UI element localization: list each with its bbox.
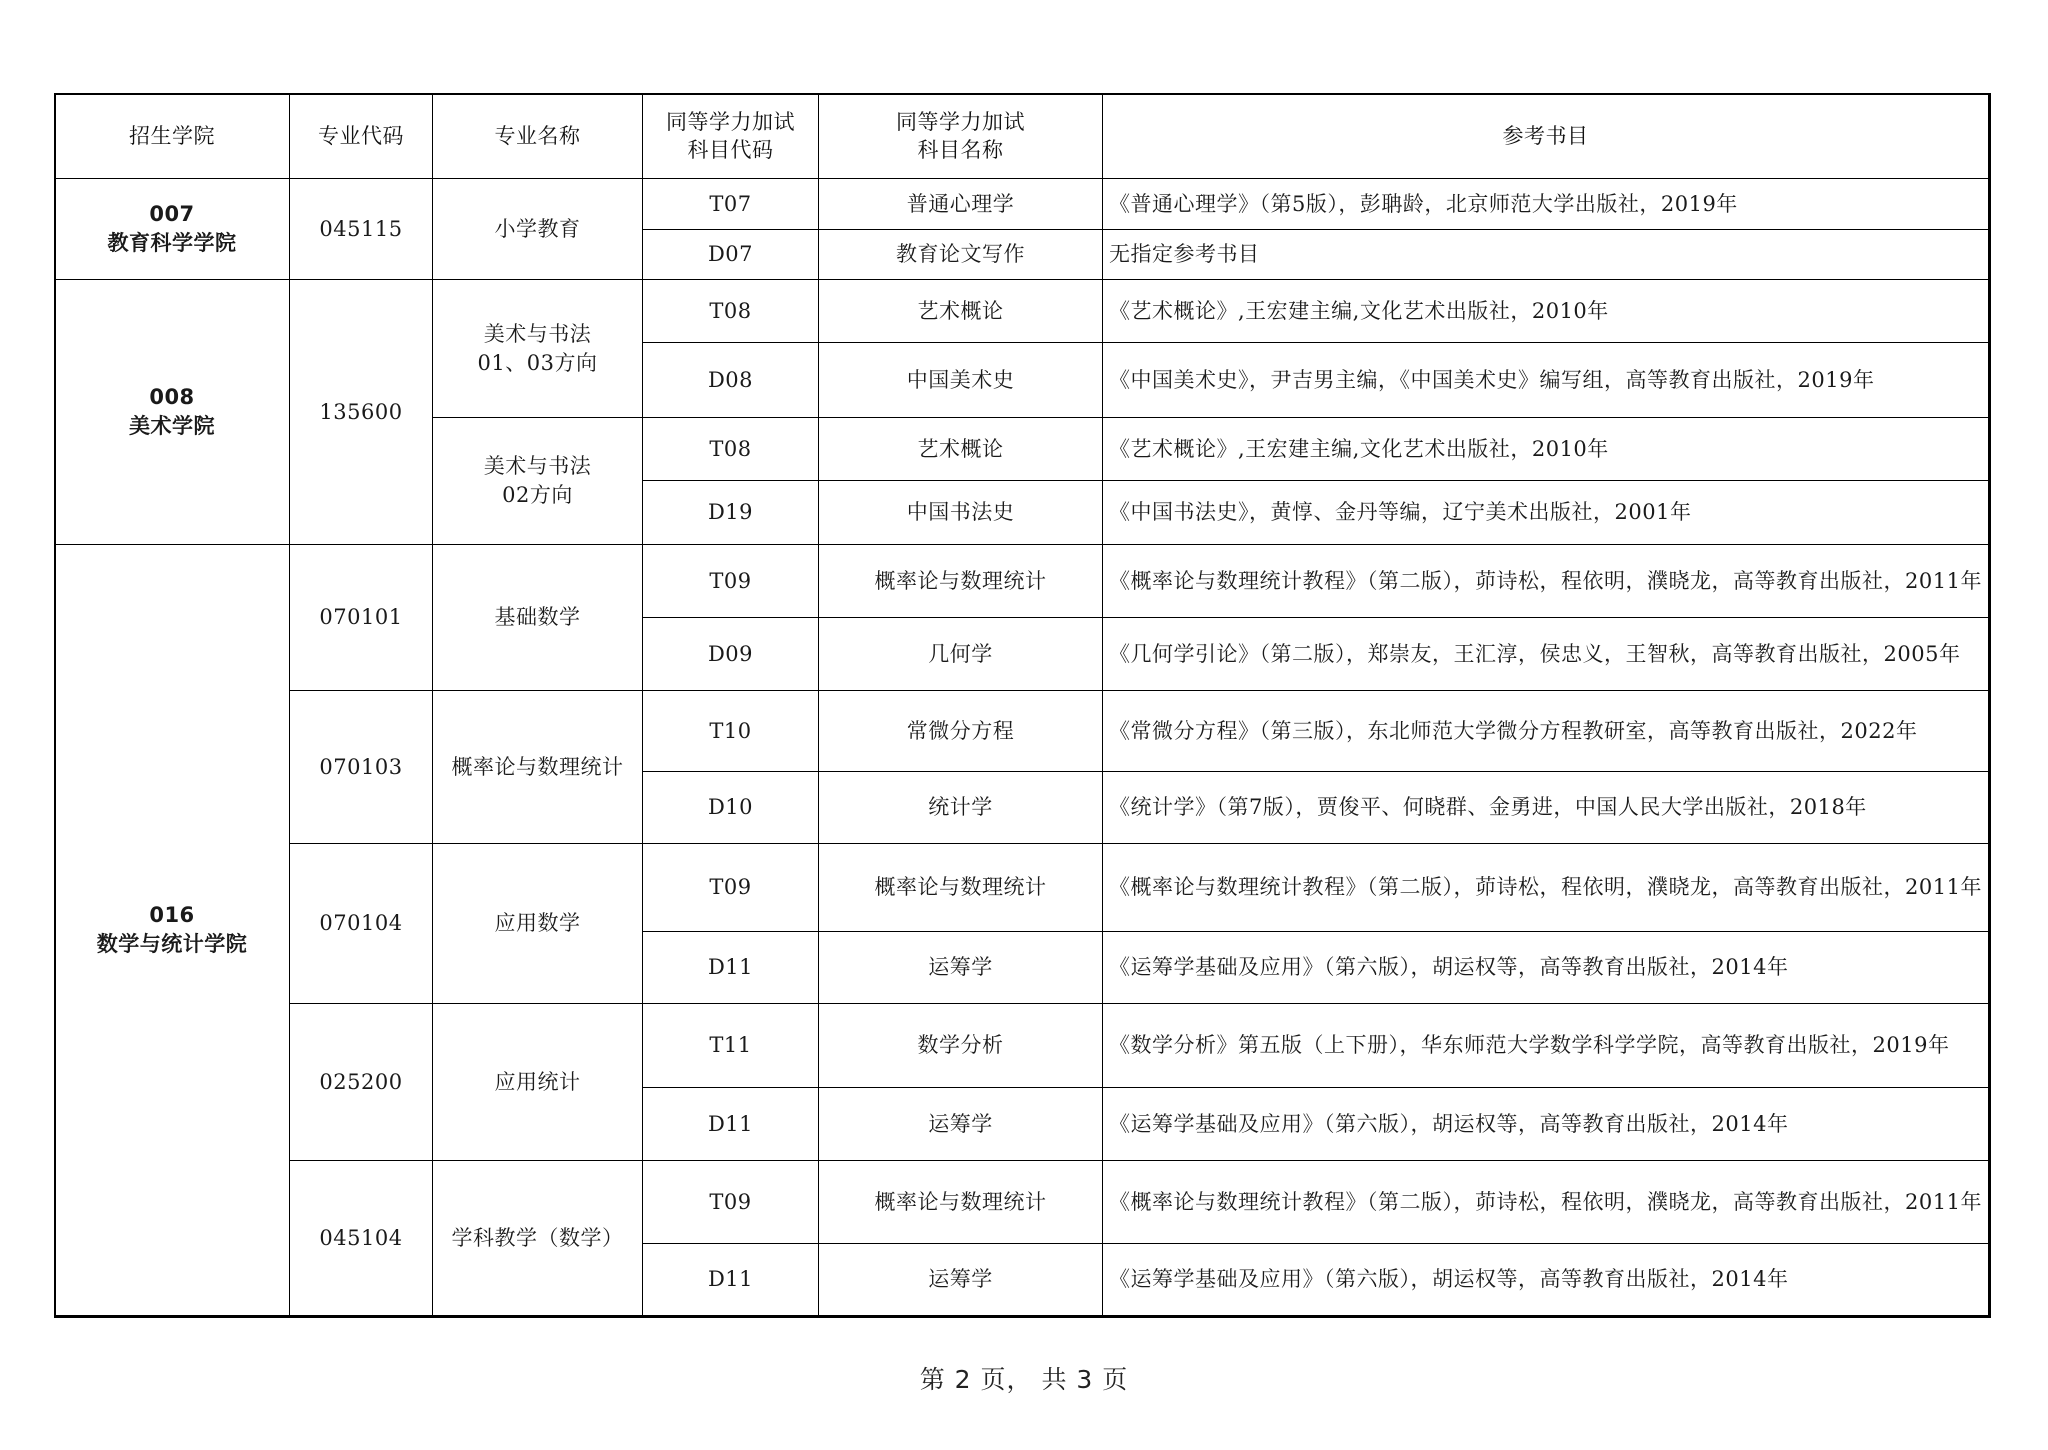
major-code-cell: 070103 — [289, 690, 433, 844]
major-name-cell: 概率论与数理统计 — [432, 690, 643, 844]
subject-code-cell: D07 — [642, 229, 819, 280]
major-code-cell: 045104 — [289, 1160, 433, 1316]
subject-code-cell-text: D09 — [708, 640, 753, 669]
major-code-cell-text: 135600 — [319, 398, 402, 427]
major-name-cell-text: 概率论与数理统计 — [452, 753, 624, 782]
subject-code-cell-text: D07 — [708, 240, 753, 269]
college-code: 008 — [129, 383, 215, 412]
header-subject-code-text: 同等学力加试 科目代码 — [666, 108, 795, 164]
subject-name-cell-text: 常微分方程 — [907, 717, 1015, 746]
major-code-cell-text: 045115 — [319, 215, 402, 244]
major-code-cell-text: 045104 — [319, 1224, 402, 1253]
subject-code-cell: T08 — [642, 417, 819, 481]
subject-name-cell-text: 概率论与数理统计 — [875, 1188, 1047, 1217]
major-code-cell: 025200 — [289, 1003, 433, 1161]
subject-code-cell: D19 — [642, 480, 819, 545]
subject-code-cell-text: D11 — [708, 1110, 753, 1139]
reference-cell-text: 无指定参考书目 — [1109, 240, 1260, 269]
reference-cell: 《中国书法史》，黄惇、金丹等编，辽宁美术出版社，2001年 — [1102, 480, 1989, 545]
major-name-cell: 应用数学 — [432, 843, 643, 1004]
subject-name-cell-text: 数学分析 — [918, 1031, 1004, 1060]
reference-cell: 《运筹学基础及应用》（第六版），胡运权等，高等教育出版社，2014年 — [1102, 1243, 1989, 1316]
subject-code-cell: D11 — [642, 1087, 819, 1161]
college-cell: 007教育科学学院 — [54, 178, 290, 280]
subject-code-cell: T10 — [642, 690, 819, 772]
subject-name-cell: 中国美术史 — [818, 342, 1103, 418]
subject-code-cell: T09 — [642, 843, 819, 932]
subject-name-cell-text: 中国美术史 — [907, 366, 1015, 395]
document-page: 招生学院专业代码专业名称同等学力加试 科目代码同等学力加试 科目名称参考书目00… — [0, 0, 2048, 1450]
reference-cell: 《中国美术史》，尹吉男主编，《中国美术史》编写组，高等教育出版社，2019年 — [1102, 342, 1989, 418]
subject-name-cell: 运筹学 — [818, 931, 1103, 1004]
subject-name-cell-text: 概率论与数理统计 — [875, 873, 1047, 902]
college-cell: 008美术学院 — [54, 279, 290, 545]
header-major-code-text: 专业代码 — [318, 122, 404, 150]
subject-code-cell-text: T08 — [709, 435, 751, 464]
college-name: 美术学院 — [129, 412, 215, 441]
subject-code-cell: D10 — [642, 771, 819, 844]
subject-code-cell: D08 — [642, 342, 819, 418]
major-code-cell: 070104 — [289, 843, 433, 1004]
reference-cell-text: 《概率论与数理统计教程》（第二版），茆诗松，程依明，濮晓龙，高等教育出版社，20… — [1109, 567, 1982, 596]
major-name-cell: 基础数学 — [432, 544, 643, 691]
reference-cell-text: 《数学分析》第五版（上下册），华东师范大学数学科学学院，高等教育出版社，2019… — [1109, 1031, 1949, 1060]
subject-code-cell-text: T08 — [709, 297, 751, 326]
reference-cell: 《艺术概论》,王宏建主编,文化艺术出版社，2010年 — [1102, 417, 1989, 481]
reference-cell: 《概率论与数理统计教程》（第二版），茆诗松，程依明，濮晓龙，高等教育出版社，20… — [1102, 1160, 1989, 1244]
reference-cell: 《运筹学基础及应用》（第六版），胡运权等，高等教育出版社，2014年 — [1102, 931, 1989, 1004]
subject-name-cell-text: 艺术概论 — [918, 435, 1004, 464]
subject-code-cell-text: D10 — [708, 793, 753, 822]
subject-code-cell: T08 — [642, 279, 819, 343]
subject-code-cell-text: D08 — [708, 366, 753, 395]
subject-name-cell-text: 统计学 — [928, 793, 993, 822]
college-cell-text: 016数学与统计学院 — [97, 901, 248, 959]
subject-code-cell-text: T07 — [709, 190, 751, 219]
subject-code-cell-text: T10 — [709, 717, 751, 746]
subject-code-cell-text: D19 — [708, 498, 753, 527]
header-major-name-text: 专业名称 — [495, 122, 581, 150]
subject-code-cell-text: T09 — [709, 567, 751, 596]
reference-cell-text: 《概率论与数理统计教程》（第二版），茆诗松，程依明，濮晓龙，高等教育出版社，20… — [1109, 1188, 1982, 1217]
college-cell: 016数学与统计学院 — [54, 544, 290, 1316]
subject-name-cell: 数学分析 — [818, 1003, 1103, 1088]
major-code-cell-text: 070103 — [319, 753, 402, 782]
reference-cell-text: 《普通心理学》（第5版），彭聃龄，北京师范大学出版社，2019年 — [1109, 190, 1738, 219]
subject-code-cell: T07 — [642, 178, 819, 230]
major-code-cell-text: 070101 — [319, 603, 402, 632]
subject-name-cell: 概率论与数理统计 — [818, 544, 1103, 618]
header-college: 招生学院 — [54, 93, 290, 179]
major-code-cell: 070101 — [289, 544, 433, 691]
subject-code-cell: D09 — [642, 617, 819, 691]
subject-name-cell: 概率论与数理统计 — [818, 843, 1103, 932]
subject-name-cell: 普通心理学 — [818, 178, 1103, 230]
reference-cell: 《运筹学基础及应用》（第六版），胡运权等，高等教育出版社，2014年 — [1102, 1087, 1989, 1161]
reference-cell-text: 《几何学引论》（第二版），郑崇友，王汇淳，侯忠义，王智秋，高等教育出版社，200… — [1109, 640, 1960, 669]
subject-code-cell-text: D11 — [708, 1265, 753, 1294]
subject-code-cell-text: D11 — [708, 953, 753, 982]
subject-code-cell: T09 — [642, 1160, 819, 1244]
major-name-cell: 应用统计 — [432, 1003, 643, 1161]
subject-code-cell-text: T09 — [709, 873, 751, 902]
reference-cell-text: 《艺术概论》,王宏建主编,文化艺术出版社，2010年 — [1109, 297, 1609, 326]
header-major-code: 专业代码 — [289, 93, 433, 179]
major-name-cell: 学科教学（数学） — [432, 1160, 643, 1316]
header-subject-name-text: 同等学力加试 科目名称 — [896, 108, 1025, 164]
subject-name-cell-text: 概率论与数理统计 — [875, 567, 1047, 596]
reference-cell: 《数学分析》第五版（上下册），华东师范大学数学科学学院，高等教育出版社，2019… — [1102, 1003, 1989, 1088]
major-name-cell: 美术与书法 01、03方向 — [432, 279, 643, 418]
reference-cell: 《几何学引论》（第二版），郑崇友，王汇淳，侯忠义，王智秋，高等教育出版社，200… — [1102, 617, 1989, 691]
subject-name-cell: 艺术概论 — [818, 279, 1103, 343]
major-code-cell-text: 070104 — [319, 909, 402, 938]
header-college-text: 招生学院 — [129, 122, 215, 150]
header-references-text: 参考书目 — [1503, 122, 1589, 150]
subject-code-cell: T09 — [642, 544, 819, 618]
subject-name-cell-text: 运筹学 — [928, 1110, 993, 1139]
subject-name-cell: 常微分方程 — [818, 690, 1103, 772]
subject-code-cell-text: T11 — [709, 1031, 751, 1060]
major-code-cell: 045115 — [289, 178, 433, 280]
college-code: 007 — [108, 200, 237, 229]
subject-name-cell-text: 普通心理学 — [907, 190, 1015, 219]
header-references: 参考书目 — [1102, 93, 1989, 179]
subject-name-cell: 运筹学 — [818, 1243, 1103, 1316]
major-name-cell-text: 美术与书法 02方向 — [484, 452, 592, 510]
subject-code-cell: T11 — [642, 1003, 819, 1088]
major-name-cell: 美术与书法 02方向 — [432, 417, 643, 545]
subject-name-cell-text: 教育论文写作 — [896, 240, 1025, 269]
subject-name-cell: 概率论与数理统计 — [818, 1160, 1103, 1244]
reference-cell: 《概率论与数理统计教程》（第二版），茆诗松，程依明，濮晓龙，高等教育出版社，20… — [1102, 843, 1989, 932]
college-cell-text: 008美术学院 — [129, 383, 215, 441]
page-number-footer: 第 2 页， 共 3 页 — [0, 1360, 2048, 1396]
reference-cell: 《概率论与数理统计教程》（第二版），茆诗松，程依明，濮晓龙，高等教育出版社，20… — [1102, 544, 1989, 618]
reference-cell-text: 《常微分方程》（第三版），东北师范大学微分方程教研室，高等教育出版社，2022年 — [1109, 717, 1917, 746]
major-name-cell-text: 小学教育 — [495, 215, 581, 244]
subject-name-cell: 教育论文写作 — [818, 229, 1103, 280]
reference-cell-text: 《统计学》（第7版），贾俊平、何晓群、金勇进，中国人民大学出版社，2018年 — [1109, 793, 1867, 822]
subject-code-cell-text: T09 — [709, 1188, 751, 1217]
subject-name-cell: 运筹学 — [818, 1087, 1103, 1161]
reference-cell: 《普通心理学》（第5版），彭聃龄，北京师范大学出版社，2019年 — [1102, 178, 1989, 230]
reference-cell: 《常微分方程》（第三版），东北师范大学微分方程教研室，高等教育出版社，2022年 — [1102, 690, 1989, 772]
reference-cell-text: 《艺术概论》,王宏建主编,文化艺术出版社，2010年 — [1109, 435, 1609, 464]
reference-cell: 《艺术概论》,王宏建主编,文化艺术出版社，2010年 — [1102, 279, 1989, 343]
subject-name-cell-text: 艺术概论 — [918, 297, 1004, 326]
major-name-cell-text: 应用统计 — [495, 1068, 581, 1097]
subject-name-cell-text: 运筹学 — [928, 953, 993, 982]
college-name: 教育科学学院 — [108, 229, 237, 258]
subject-name-cell: 统计学 — [818, 771, 1103, 844]
reference-cell-text: 《运筹学基础及应用》（第六版），胡运权等，高等教育出版社，2014年 — [1109, 953, 1788, 982]
college-cell-text: 007教育科学学院 — [108, 200, 237, 258]
subject-name-cell-text: 几何学 — [928, 640, 993, 669]
major-code-cell: 135600 — [289, 279, 433, 545]
major-name-cell: 小学教育 — [432, 178, 643, 280]
subject-code-cell: D11 — [642, 931, 819, 1004]
reference-cell-text: 《运筹学基础及应用》（第六版），胡运权等，高等教育出版社，2014年 — [1109, 1110, 1788, 1139]
subject-name-cell-text: 运筹学 — [928, 1265, 993, 1294]
subject-name-cell-text: 中国书法史 — [907, 498, 1015, 527]
header-subject-name: 同等学力加试 科目名称 — [818, 93, 1103, 179]
major-name-cell-text: 美术与书法 01、03方向 — [478, 320, 598, 378]
header-major-name: 专业名称 — [432, 93, 643, 179]
major-code-cell-text: 025200 — [319, 1068, 402, 1097]
major-name-cell-text: 学科教学（数学） — [452, 1224, 624, 1253]
reference-cell-text: 《运筹学基础及应用》（第六版），胡运权等，高等教育出版社，2014年 — [1109, 1265, 1788, 1294]
major-name-cell-text: 应用数学 — [495, 909, 581, 938]
reference-cell: 无指定参考书目 — [1102, 229, 1989, 280]
reference-cell-text: 《中国书法史》，黄惇、金丹等编，辽宁美术出版社，2001年 — [1109, 498, 1691, 527]
subject-name-cell: 中国书法史 — [818, 480, 1103, 545]
subject-name-cell: 几何学 — [818, 617, 1103, 691]
subject-name-cell: 艺术概论 — [818, 417, 1103, 481]
reference-cell-text: 《概率论与数理统计教程》（第二版），茆诗松，程依明，濮晓龙，高等教育出版社，20… — [1109, 873, 1982, 902]
header-subject-code: 同等学力加试 科目代码 — [642, 93, 819, 179]
reference-cell-text: 《中国美术史》，尹吉男主编，《中国美术史》编写组，高等教育出版社，2019年 — [1109, 366, 1874, 395]
reference-cell: 《统计学》（第7版），贾俊平、何晓群、金勇进，中国人民大学出版社，2018年 — [1102, 771, 1989, 844]
subject-code-cell: D11 — [642, 1243, 819, 1316]
major-name-cell-text: 基础数学 — [495, 603, 581, 632]
college-name: 数学与统计学院 — [97, 930, 248, 959]
college-code: 016 — [97, 901, 248, 930]
